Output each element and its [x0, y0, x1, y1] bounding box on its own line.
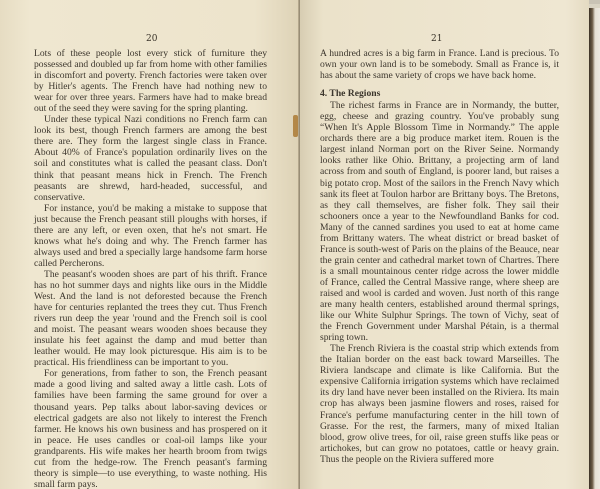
paragraph: The French Riviera is the coastal strip … [320, 343, 559, 465]
right-page: 21 A hundred acres is a big farm in Fran… [300, 0, 589, 489]
left-page-body: Lots of these people lost every stick of… [34, 48, 267, 489]
section-heading: 4. The Regions [320, 88, 559, 99]
paragraph: For generations, from father to son, the… [34, 368, 267, 489]
page-stain [293, 115, 298, 137]
paragraph: A hundred acres is a big farm in France.… [320, 48, 559, 81]
paragraph: Lots of these people lost every stick of… [34, 48, 267, 114]
left-page: 20 Lots of these people lost every stick… [0, 0, 299, 489]
paragraph: The peasant's wooden shoes are part of h… [34, 269, 267, 368]
book-cover-edge [589, 8, 600, 489]
page-number: 21 [431, 34, 442, 44]
page-number: 20 [146, 34, 157, 44]
paragraph: For instance, you'd be making a mistake … [34, 203, 267, 269]
paragraph: Under these typical Nazi conditions no F… [34, 114, 267, 202]
right-page-body: A hundred acres is a big farm in France.… [320, 48, 559, 465]
book-spread: 20 Lots of these people lost every stick… [0, 0, 600, 489]
paragraph: The richest farms in France are in Norma… [320, 100, 559, 343]
